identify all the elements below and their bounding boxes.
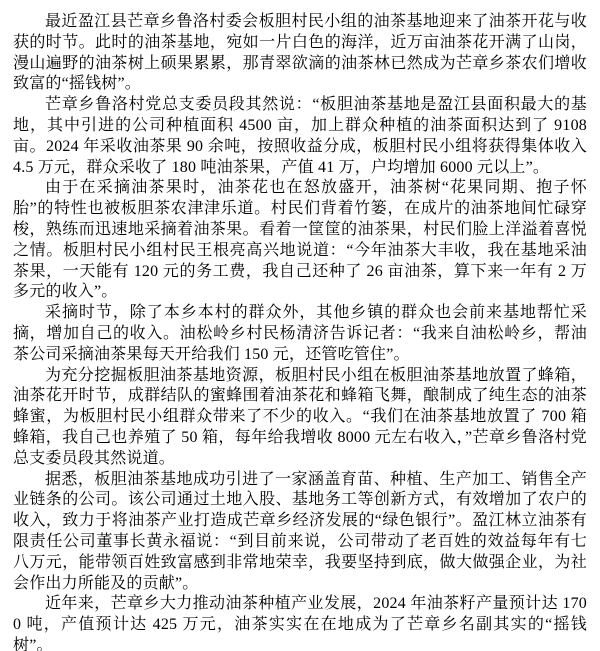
article-paragraph-beekeeping: 为充分挖掘板胆油茶基地资源，板胆村民小组在板胆油茶基地放置了蜂箱，油茶花开时节，… <box>13 366 587 470</box>
article-paragraph-outlook: 近年来，芒章乡大力推动油茶种植产业发展，2024 年油茶籽产量预计达 1700 … <box>13 594 587 651</box>
article-body: 最近盈江县芒章乡鲁洛村委会板胆村民小组的油茶基地迎来了油茶开花与收获的时节。此时… <box>13 12 587 651</box>
article-paragraph-company: 据悉，板胆油茶基地成功引进了一家涵盖育苗、种植、生产加工、销售全产业链条的公司。… <box>13 470 587 595</box>
document-page: 最近盈江县芒章乡鲁洛村委会板胆村民小组的油茶基地迎来了油茶开花与收获的时节。此时… <box>0 0 600 651</box>
article-paragraph-base-figures: 芒章乡鲁洛村党总支委员段其然说：“板胆油茶基地是盈江县面积最大的基地，其中引进的… <box>13 95 587 178</box>
article-paragraph-intro: 最近盈江县芒章乡鲁洛村委会板胆村民小组的油茶基地迎来了油茶开花与收获的时节。此时… <box>13 12 587 95</box>
article-paragraph-harvest-scene: 由于在采摘油茶果时，油茶花也在怒放盛开，油茶树“花果同期、抱子怀胎”的特性也被板… <box>13 178 587 303</box>
article-paragraph-outside-pickers: 采摘时节，除了本乡本村的群众外，其他乡镇的群众也会前来基地帮忙采摘，增加自己的收… <box>13 303 587 365</box>
